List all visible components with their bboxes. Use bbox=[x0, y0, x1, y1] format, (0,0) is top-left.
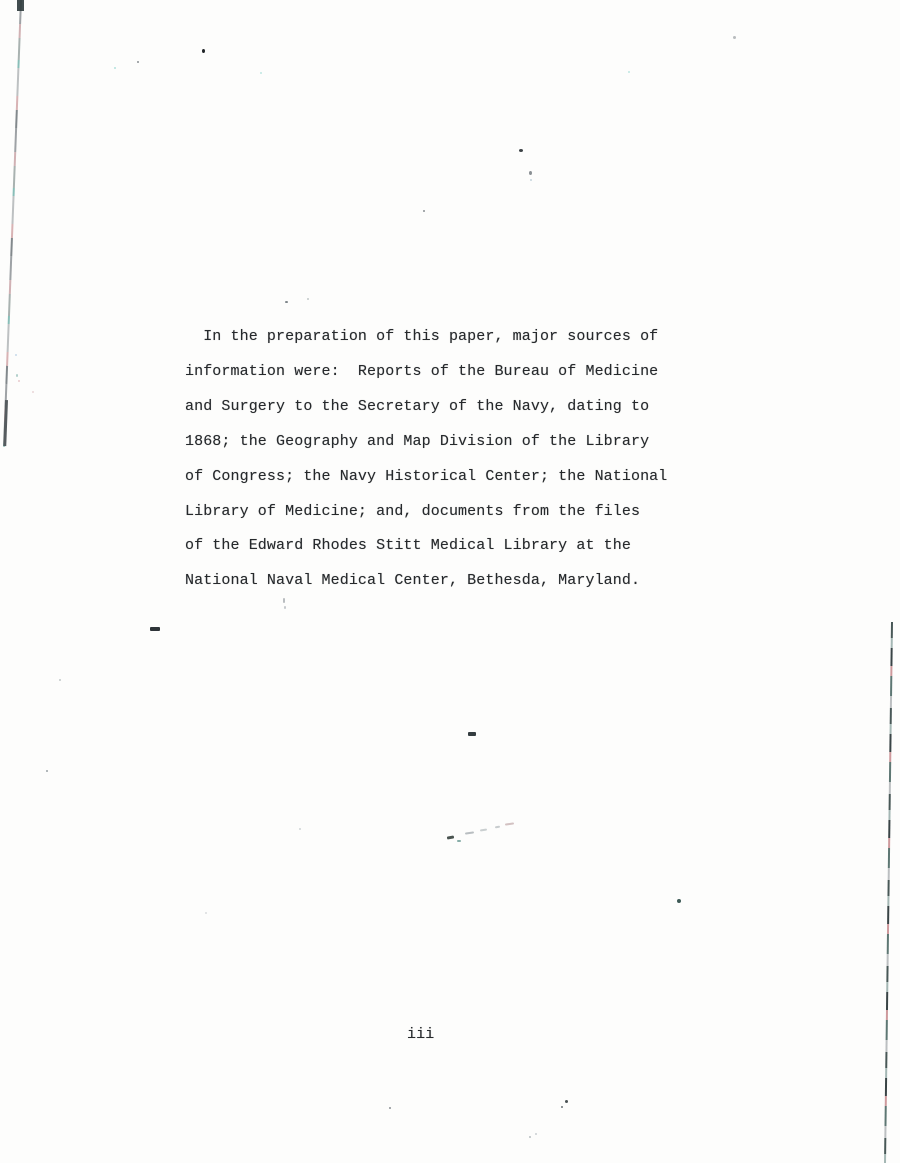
scan-speck bbox=[530, 179, 532, 181]
scan-speck bbox=[299, 828, 301, 830]
paragraph-line: of the Edward Rhodes Stitt Medical Libra… bbox=[185, 529, 705, 564]
scan-speck bbox=[16, 374, 18, 377]
scan-speck bbox=[733, 36, 736, 39]
scan-speck bbox=[202, 49, 205, 53]
paragraph-line: Library of Medicine; and, documents from… bbox=[185, 495, 705, 530]
scan-speck bbox=[137, 61, 139, 63]
body-paragraph: In the preparation of this paper, major … bbox=[185, 320, 705, 599]
page-number: iii bbox=[407, 1024, 434, 1046]
scan-mark bbox=[284, 606, 286, 609]
scan-line-left-top-cap bbox=[17, 0, 24, 11]
scan-dash bbox=[457, 840, 461, 842]
scan-line-left-dark-end bbox=[3, 400, 7, 446]
paragraph-line: National Naval Medical Center, Bethesda,… bbox=[185, 564, 705, 599]
scan-dash bbox=[505, 822, 514, 825]
paragraph-line: information were: Reports of the Bureau … bbox=[185, 355, 705, 390]
scan-speck bbox=[519, 149, 523, 152]
scan-dash bbox=[465, 831, 474, 834]
scan-speck bbox=[529, 171, 532, 175]
scan-dash bbox=[447, 835, 454, 839]
scan-dash bbox=[468, 732, 476, 736]
scan-speck bbox=[205, 912, 207, 914]
scan-speck bbox=[389, 1107, 391, 1109]
scan-dash bbox=[480, 829, 487, 832]
scan-dash bbox=[150, 627, 160, 631]
scan-speck bbox=[285, 301, 288, 303]
scan-speck bbox=[32, 391, 34, 393]
scan-speck bbox=[628, 71, 630, 73]
scan-speck bbox=[423, 210, 425, 212]
scan-slash bbox=[529, 1136, 531, 1138]
scan-line-right-edge bbox=[884, 622, 893, 1163]
scan-speck bbox=[260, 72, 262, 74]
document-page: In the preparation of this paper, major … bbox=[0, 0, 900, 1163]
scan-speck bbox=[18, 380, 20, 382]
scan-speck bbox=[15, 354, 17, 356]
scan-speck bbox=[307, 298, 309, 300]
scan-dash bbox=[495, 826, 500, 829]
paragraph-line: and Surgery to the Secretary of the Navy… bbox=[185, 390, 705, 425]
scan-speck bbox=[677, 899, 681, 903]
scan-speck bbox=[46, 770, 48, 772]
scan-speck bbox=[59, 679, 61, 681]
scan-slash bbox=[565, 1100, 568, 1103]
paragraph-line: of Congress; the Navy Historical Center;… bbox=[185, 460, 705, 495]
paragraph-line: In the preparation of this paper, major … bbox=[185, 320, 705, 355]
scan-speck bbox=[114, 67, 116, 69]
scan-slash bbox=[561, 1106, 563, 1108]
scan-slash bbox=[535, 1133, 537, 1135]
paragraph-line: 1868; the Geography and Map Division of … bbox=[185, 425, 705, 460]
